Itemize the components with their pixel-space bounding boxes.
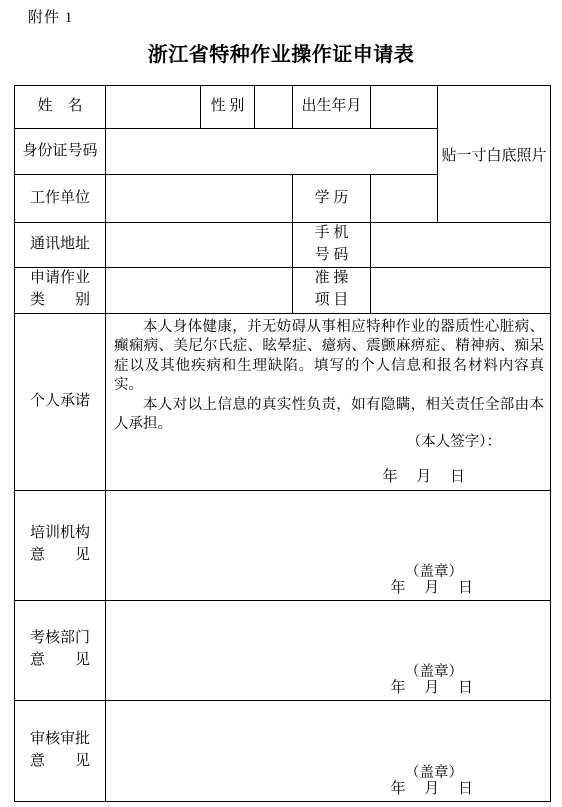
- row-name-gender-birth: 姓 名 性 别 出生年月 贴一寸白底照片: [15, 86, 551, 129]
- permitted-items-label: 准 操 项 目: [293, 267, 371, 313]
- review-approval-opinion-label: 审核审批 意 见: [15, 700, 106, 801]
- commitment-paragraph-1: 本人身体健康，并无妨碍从事相应特种作业的器质性心脏病、癫痫病、美尼尔氏症、眩晕症…: [114, 318, 544, 396]
- training-org-opinion-label: 培训机构 意 见: [15, 490, 106, 600]
- name-field[interactable]: [106, 86, 201, 129]
- mailing-address-field[interactable]: [106, 223, 293, 268]
- personal-commitment-cell: 本人身体健康，并无妨碍从事相应特种作业的器质性心脏病、癫痫病、美尼尔氏症、眩晕症…: [106, 313, 551, 490]
- row-assessment-dept-opinion: 考核部门 意 见 （盖章） 年 月 日: [15, 600, 551, 700]
- row-review-approval-opinion: 审核审批 意 见 （盖章） 年 月 日: [15, 700, 551, 801]
- photo-instruction-cell: 贴一寸白底照片: [438, 86, 551, 223]
- assessment-dept-opinion-cell[interactable]: （盖章） 年 月 日: [106, 600, 551, 700]
- application-form-page: 附件 1 浙江省特种作业操作证申请表 姓 名 性 别 出生年月 贴一寸白底照片 …: [0, 0, 562, 807]
- assessment-dept-date-line: 年 月 日: [390, 676, 473, 697]
- row-job-category: 申请作业 类 别 准 操 项 目: [15, 267, 551, 313]
- training-org-date-line: 年 月 日: [390, 576, 473, 597]
- birth-date-field[interactable]: [371, 86, 438, 129]
- commitment-text-block: 本人身体健康，并无妨碍从事相应特种作业的器质性心脏病、癫痫病、美尼尔氏症、眩晕症…: [106, 314, 550, 489]
- row-training-org-opinion: 培训机构 意 见 （盖章） 年 月 日: [15, 490, 551, 600]
- signature-label: （本人签字）：: [407, 430, 501, 451]
- review-approval-date-line: 年 月 日: [390, 777, 473, 798]
- personal-commitment-label: 个人承诺: [15, 313, 106, 490]
- review-approval-opinion-cell[interactable]: （盖章） 年 月 日: [106, 700, 551, 801]
- attachment-label: 附件 1: [28, 6, 73, 27]
- gender-label: 性 别: [201, 86, 255, 129]
- id-number-field[interactable]: [106, 129, 438, 175]
- id-number-label: 身份证号码: [15, 129, 106, 175]
- work-unit-field[interactable]: [106, 175, 293, 223]
- assessment-dept-opinion-label: 考核部门 意 见: [15, 600, 106, 700]
- name-label: 姓 名: [15, 86, 106, 129]
- mailing-address-label: 通讯地址: [15, 223, 106, 268]
- education-label: 学 历: [293, 175, 371, 223]
- application-form-table: 姓 名 性 别 出生年月 贴一寸白底照片 身份证号码 工作单位 学 历 通讯地址…: [14, 85, 551, 802]
- mobile-number-label: 手 机 号 码: [293, 223, 371, 268]
- mobile-number-field[interactable]: [371, 223, 551, 268]
- permitted-items-field[interactable]: [371, 267, 551, 313]
- training-org-opinion-cell[interactable]: （盖章） 年 月 日: [106, 490, 551, 600]
- job-category-field[interactable]: [106, 267, 293, 313]
- form-title: 浙江省特种作业操作证申请表: [0, 38, 562, 67]
- row-address-mobile: 通讯地址 手 机 号 码: [15, 223, 551, 268]
- education-field[interactable]: [371, 175, 438, 223]
- job-category-label: 申请作业 类 别: [15, 267, 106, 313]
- gender-field[interactable]: [255, 86, 293, 129]
- work-unit-label: 工作单位: [15, 175, 106, 223]
- birth-date-label: 出生年月: [293, 86, 371, 129]
- signature-date-line: 年 月 日: [382, 465, 465, 486]
- row-personal-commitment: 个人承诺 本人身体健康，并无妨碍从事相应特种作业的器质性心脏病、癫痫病、美尼尔氏…: [15, 313, 551, 490]
